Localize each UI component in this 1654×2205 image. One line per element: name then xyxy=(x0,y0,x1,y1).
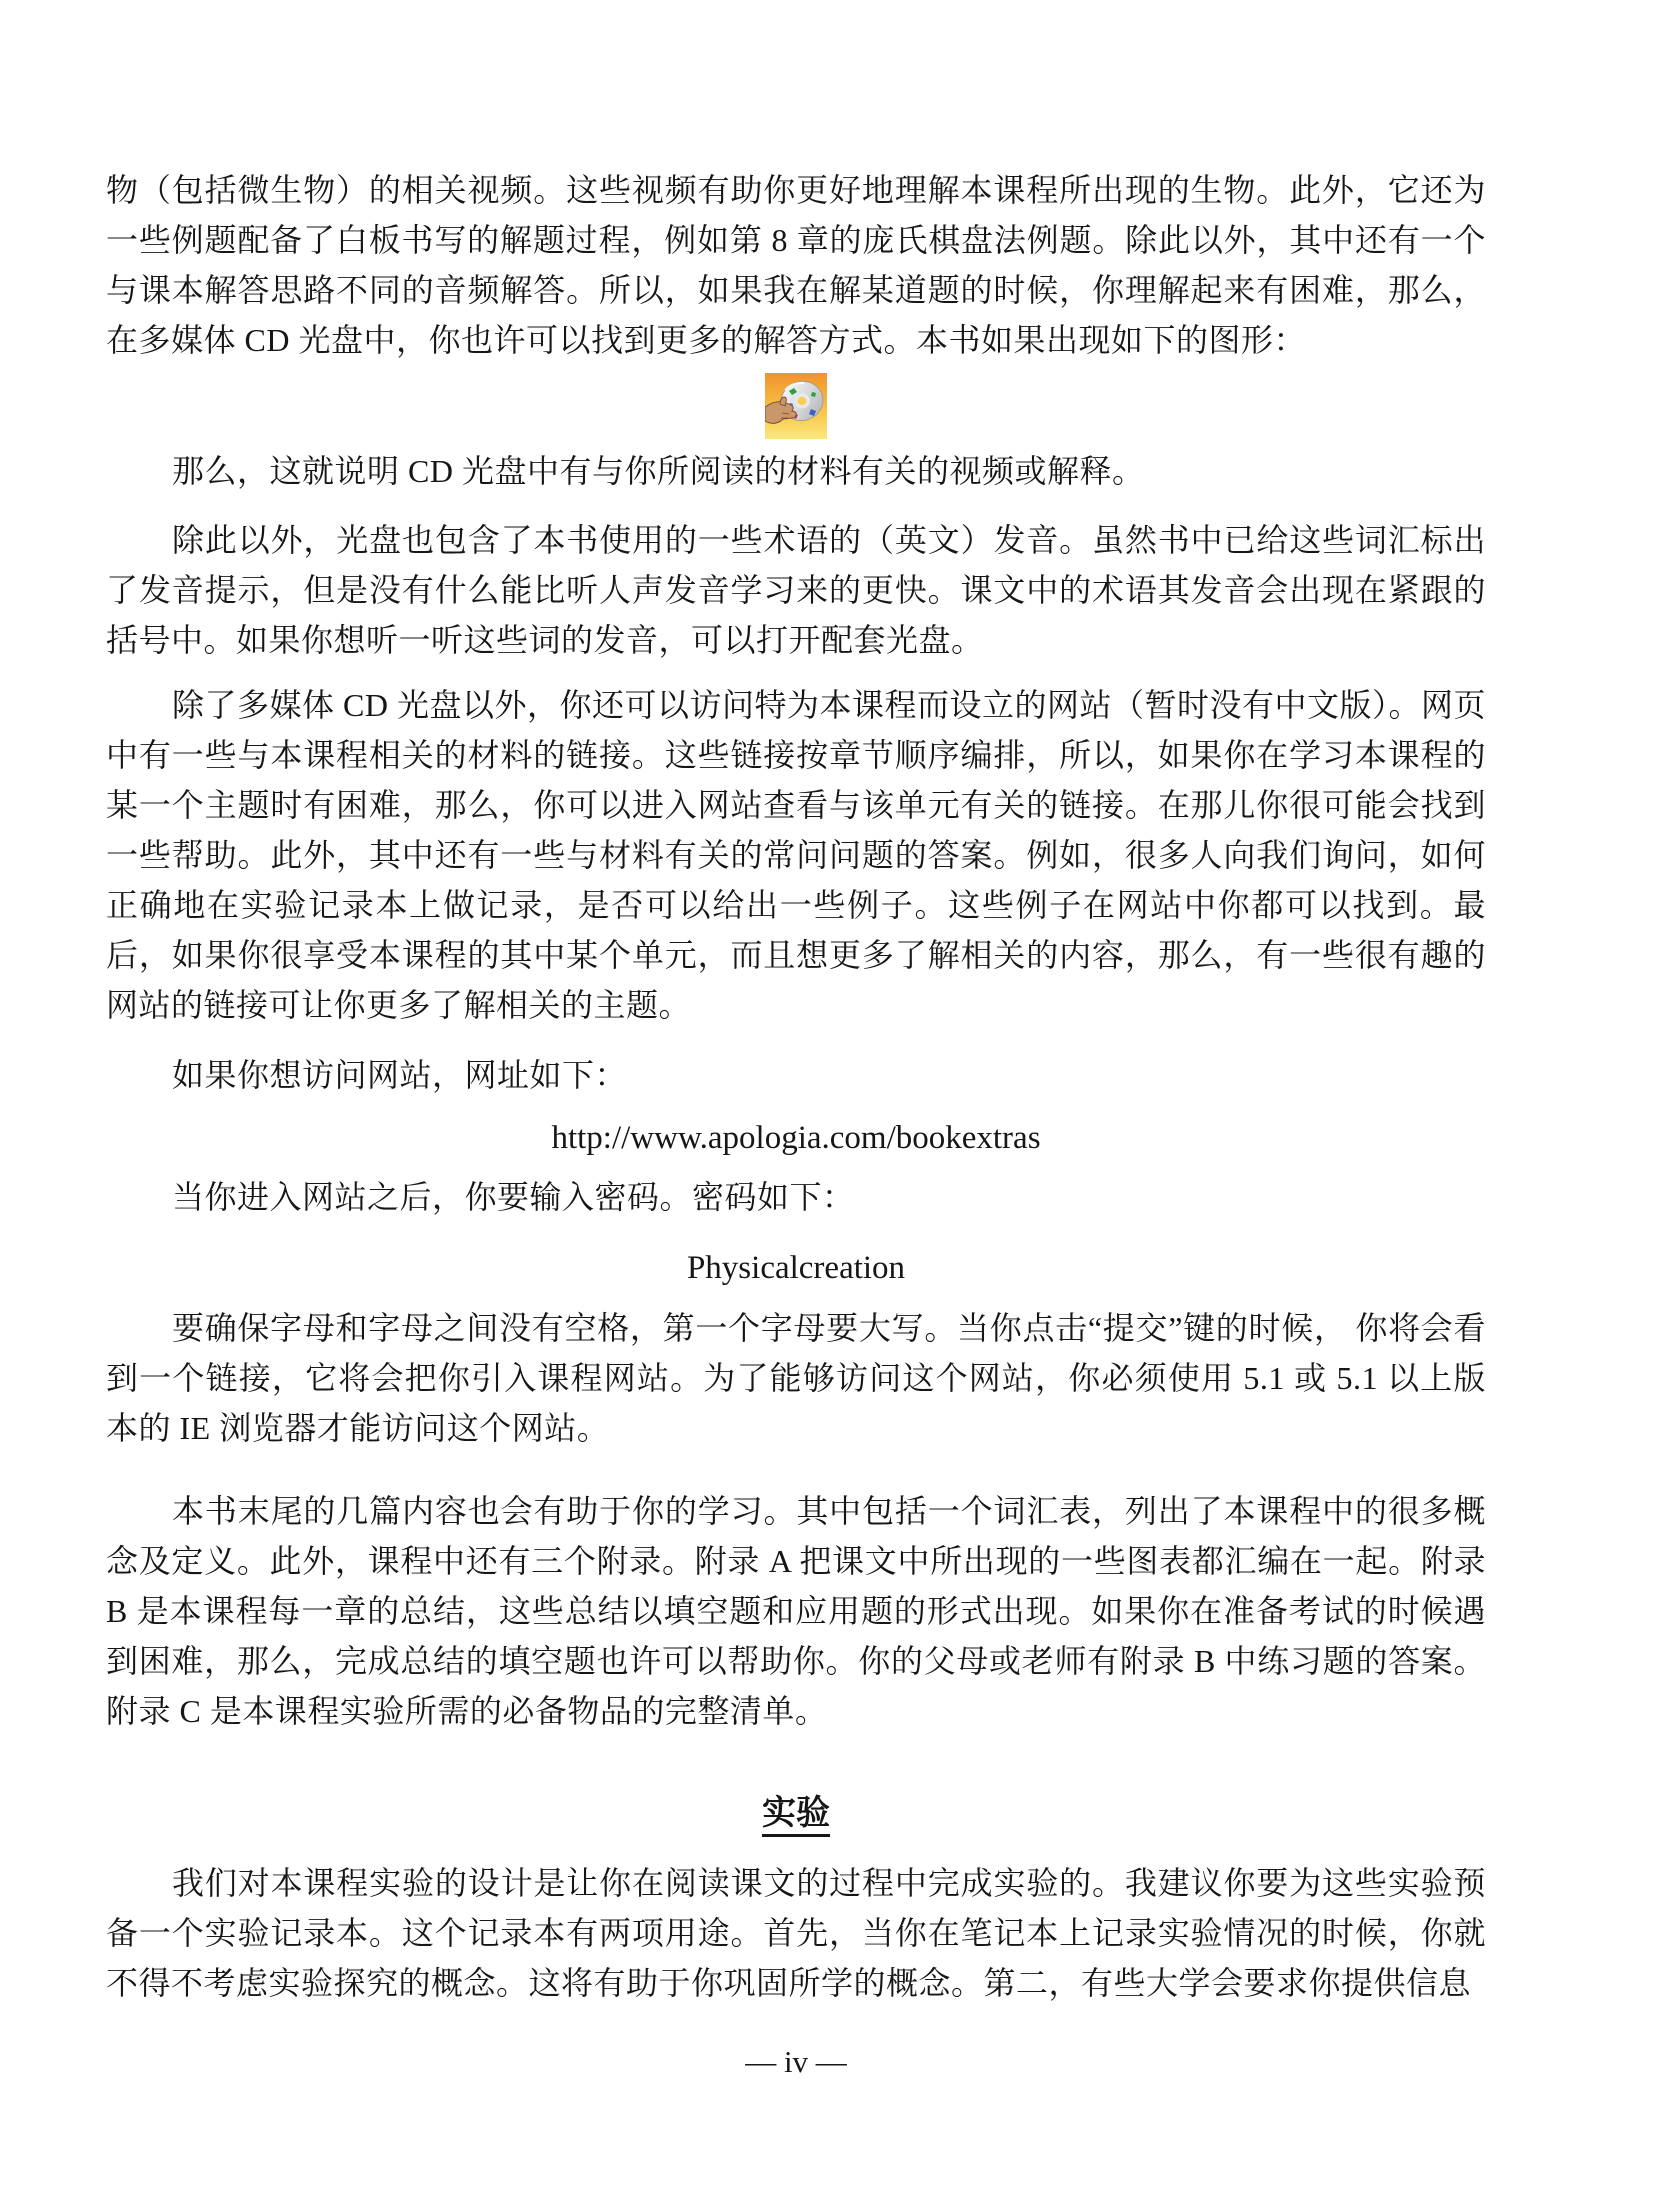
url-line: http://www.apologia.com/bookextras xyxy=(106,1113,1486,1163)
paragraph-6: 当你进入网站之后，你要输入密码。密码如下： xyxy=(106,1172,1486,1222)
page-content: 物（包括微生物）的相关视频。这些视频有助你更好地理解本课程所出现的生物。此外，它… xyxy=(106,165,1486,2087)
cd-icon-row xyxy=(106,373,1486,439)
password-line: Physicalcreation xyxy=(106,1243,1486,1293)
paragraph-8: 本书末尾的几篇内容也会有助于你的学习。其中包括一个词汇表，列出了本课程中的很多概… xyxy=(106,1486,1486,1736)
document-page: 物（包括微生物）的相关视频。这些视频有助你更好地理解本课程所出现的生物。此外，它… xyxy=(0,0,1654,2205)
paragraph-7: 要确保字母和字母之间没有空格，第一个字母要大写。当你点击“提交”键的时候， 你将… xyxy=(106,1303,1486,1453)
page-number: — iv — xyxy=(106,2037,1486,2087)
paragraph-4: 除了多媒体 CD 光盘以外，你还可以访问特为本课程而设立的网站（暂时没有中文版）… xyxy=(106,680,1486,1030)
section-heading-row: 实验 xyxy=(106,1789,1486,1839)
paragraph-5: 如果你想访问网站，网址如下： xyxy=(106,1050,1486,1100)
cd-in-hand-icon xyxy=(765,373,827,439)
paragraph-9: 我们对本课程实验的设计是让你在阅读课文的过程中完成实验的。我建议你要为这些实验预… xyxy=(106,1858,1486,2008)
section-heading: 实验 xyxy=(762,1795,830,1837)
paragraph-1: 物（包括微生物）的相关视频。这些视频有助你更好地理解本课程所出现的生物。此外，它… xyxy=(106,165,1486,365)
paragraph-3: 除此以外，光盘也包含了本书使用的一些术语的（英文）发音。虽然书中已给这些词汇标出… xyxy=(106,515,1486,665)
paragraph-2: 那么，这就说明 CD 光盘中有与你所阅读的材料有关的视频或解释。 xyxy=(106,446,1486,496)
